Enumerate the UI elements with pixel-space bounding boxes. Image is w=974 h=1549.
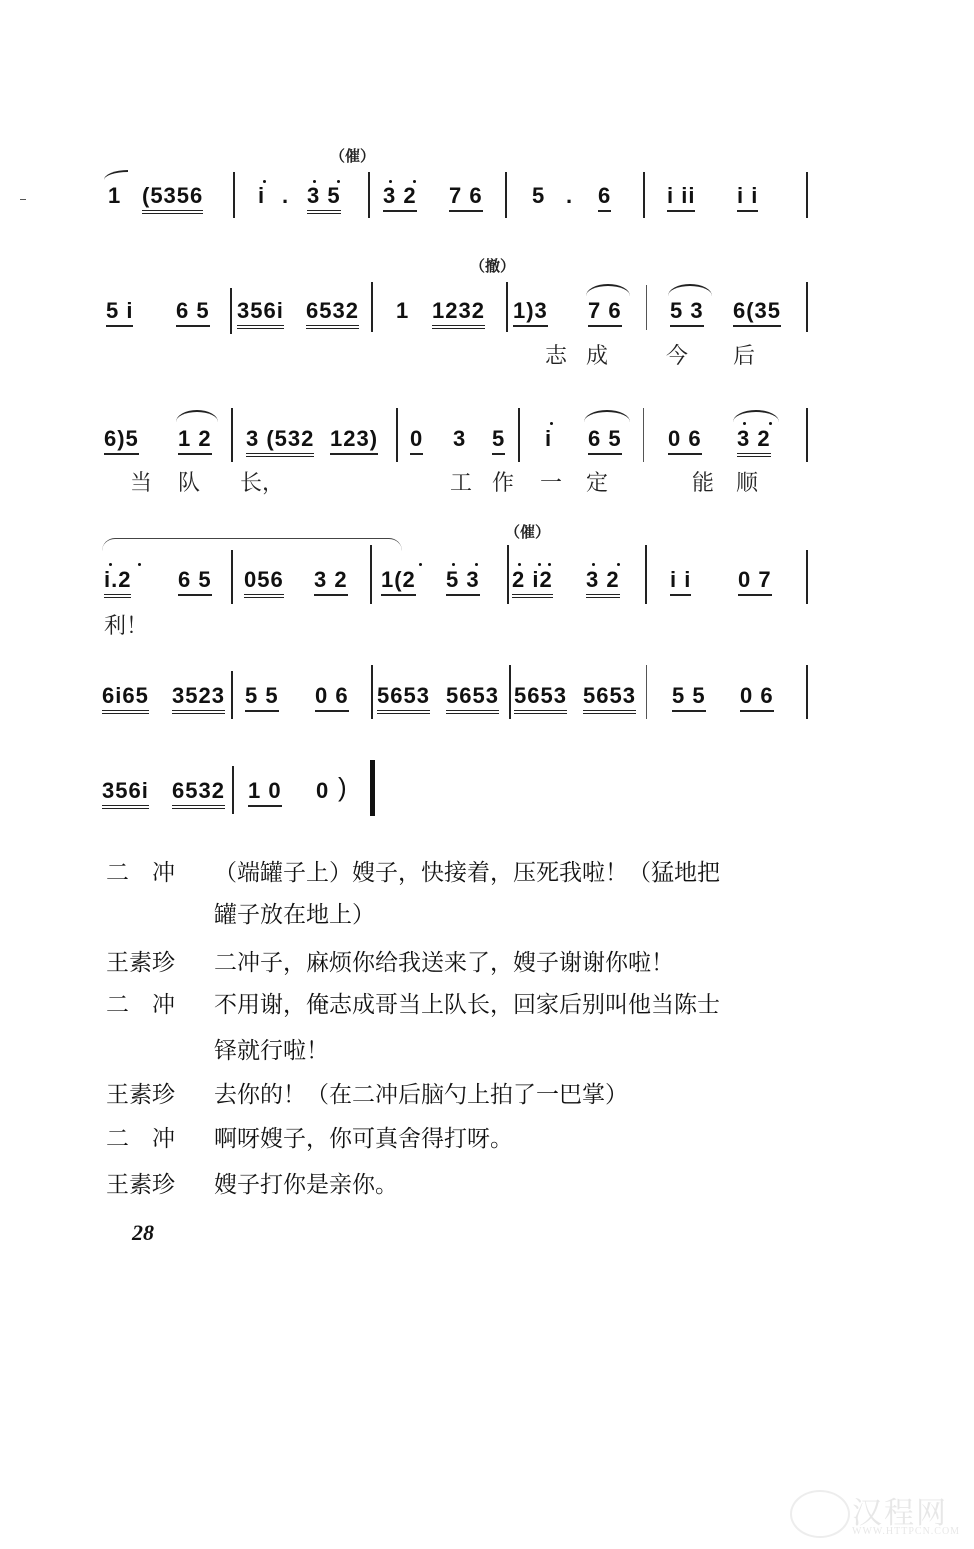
dialogue-text: 二冲子，麻烦你给我送来了，嫂子谢谢你啦！ bbox=[214, 950, 674, 976]
note-group: i i bbox=[737, 183, 758, 212]
note-group: 5653 bbox=[583, 683, 636, 714]
bar-line bbox=[806, 282, 808, 332]
watermark-url: WWW.HTTPCN.COM bbox=[852, 1526, 960, 1537]
bar-line bbox=[806, 172, 808, 218]
note: 5 bbox=[492, 426, 505, 455]
dialogue-continuation: 罐子放在地上） bbox=[214, 900, 375, 930]
dialogue-line: 二 冲不用谢，俺志成哥当上队长，回家后别叫他当陈士 bbox=[106, 990, 720, 1020]
note-group: 0 6 bbox=[668, 426, 702, 455]
note-group: 1 0 bbox=[248, 778, 282, 807]
slur bbox=[584, 410, 630, 422]
lyric: 利！ bbox=[104, 615, 148, 639]
dialogue-text: 去你的！（在二冲后脑勺上拍了一巴掌） bbox=[214, 1082, 628, 1108]
lyric: 后 bbox=[733, 345, 755, 369]
octave-dot bbox=[419, 563, 422, 566]
note-group: 5 i bbox=[106, 298, 133, 327]
note-group: i i bbox=[670, 567, 691, 596]
lyric: 定 bbox=[586, 472, 608, 496]
note-group: 5653 bbox=[377, 683, 430, 714]
octave-dot bbox=[475, 563, 478, 566]
note-group: 6 5 bbox=[178, 567, 212, 596]
speaker: 二 冲 bbox=[106, 858, 214, 888]
octave-dot bbox=[743, 422, 746, 425]
speaker: 王素珍 bbox=[106, 948, 214, 978]
slur bbox=[586, 284, 630, 296]
note-group: 3 (532 bbox=[246, 426, 314, 457]
note-group: 0 7 bbox=[738, 567, 772, 596]
speaker: 王素珍 bbox=[106, 1080, 214, 1110]
note-group: 6i65 bbox=[102, 683, 149, 714]
note-group: 1(2 bbox=[381, 567, 416, 596]
bar-line bbox=[645, 545, 647, 604]
page-number: 28 bbox=[132, 1220, 154, 1246]
note-group: 5653 bbox=[514, 683, 567, 714]
note-group: 5 5 bbox=[245, 683, 279, 712]
octave-dot bbox=[518, 563, 521, 566]
score-line-2: （撤） 5 i 6 5 356i 6532 1 1232 1)3 7 6 5 3… bbox=[0, 250, 974, 380]
bar-line bbox=[643, 408, 644, 462]
bar-line bbox=[646, 285, 647, 330]
note-group: i.2 bbox=[104, 567, 131, 598]
bar-line bbox=[232, 766, 234, 814]
bar-line bbox=[505, 172, 507, 218]
lyric: 长， bbox=[240, 472, 284, 496]
watermark: 汉程网 WWW.HTTPCN.COM bbox=[790, 1488, 970, 1538]
note-group: 6 5 bbox=[176, 298, 210, 327]
note-group: i ii bbox=[667, 183, 695, 212]
annotation-cui: （催） bbox=[505, 521, 550, 542]
octave-dot bbox=[548, 563, 551, 566]
note-group: 3 2 bbox=[737, 426, 771, 457]
score-page: （催） 1 (5356 i . 3 5 3 2 7 6 5 . 6 i ii i… bbox=[0, 0, 974, 1549]
note: 0 bbox=[316, 778, 329, 804]
dialogue-line: 王素珍去你的！（在二冲后脑勺上拍了一巴掌） bbox=[106, 1080, 628, 1110]
score-line-1: （催） 1 (5356 i . 3 5 3 2 7 6 5 . 6 i ii i… bbox=[0, 140, 974, 220]
note-group: 3 2 bbox=[383, 183, 417, 212]
note: 1 bbox=[396, 298, 409, 324]
octave-dot bbox=[452, 563, 455, 566]
bar-line bbox=[806, 408, 808, 462]
dialogue-text: （端罐子上）嫂子，快接着，压死我啦！（猛地把 bbox=[214, 860, 720, 886]
bar-line bbox=[506, 282, 508, 332]
speaker: 王素珍 bbox=[106, 1170, 214, 1200]
bar-line bbox=[233, 172, 235, 218]
octave-dot bbox=[617, 563, 620, 566]
note-group: 0 6 bbox=[315, 683, 349, 712]
note-group: (5356 bbox=[142, 183, 203, 214]
bar-line bbox=[371, 665, 373, 719]
note-group: 5 3 bbox=[446, 567, 480, 596]
note-group: 123) bbox=[330, 426, 378, 455]
bar-line bbox=[231, 550, 233, 604]
note: 0 bbox=[410, 426, 423, 455]
bar-line bbox=[370, 545, 372, 604]
lyric: 能 bbox=[692, 472, 714, 496]
note: i bbox=[258, 183, 265, 209]
octave-dot bbox=[109, 563, 112, 566]
lyric: 当 bbox=[130, 472, 152, 496]
octave-dot bbox=[769, 422, 772, 425]
note-group: 356i bbox=[237, 298, 284, 329]
note-group: 056 bbox=[244, 567, 284, 598]
note-group: 3523 bbox=[172, 683, 225, 714]
octave-dot bbox=[389, 180, 392, 183]
note-group: 6(35 bbox=[733, 298, 781, 327]
note-group: 1232 bbox=[432, 298, 485, 329]
octave-dot bbox=[592, 563, 595, 566]
lyric: 队 bbox=[178, 472, 200, 496]
note-group: 3 5 bbox=[307, 183, 341, 214]
note-group: 5 5 bbox=[672, 683, 706, 712]
dialogue-text: 嫂子打你是亲你。 bbox=[214, 1172, 398, 1198]
note-group: 2 i2 bbox=[512, 567, 553, 598]
note-group: 356i bbox=[102, 778, 149, 809]
bar-line bbox=[646, 665, 647, 719]
note-group: 6532 bbox=[172, 778, 225, 809]
bar-line bbox=[518, 408, 520, 462]
lyric: 作 bbox=[492, 472, 514, 496]
speaker: 二 冲 bbox=[106, 990, 214, 1020]
dialogue-text: 不用谢，俺志成哥当上队长，回家后别叫他当陈士 bbox=[214, 992, 720, 1018]
dot: . bbox=[282, 183, 289, 209]
note: 3 bbox=[453, 426, 466, 452]
note-group: 1)3 bbox=[513, 298, 548, 327]
bar-line bbox=[396, 408, 398, 462]
annotation-cui: （催） bbox=[330, 145, 375, 166]
bar-line bbox=[230, 288, 232, 334]
dot: . bbox=[566, 183, 573, 209]
slur bbox=[733, 410, 779, 422]
lyric: 今 bbox=[666, 345, 688, 369]
final-bar-line bbox=[370, 760, 375, 816]
score-line-5: 6i65 3523 5 5 0 6 5653 5653 5653 5653 5 … bbox=[0, 665, 974, 735]
note: i bbox=[545, 426, 552, 452]
octave-dot bbox=[337, 180, 340, 183]
bar-line bbox=[368, 172, 370, 218]
note-group: 6532 bbox=[306, 298, 359, 329]
tie-arc bbox=[104, 170, 128, 180]
note-group: 7 6 bbox=[588, 298, 622, 327]
note-group: 3 2 bbox=[586, 567, 620, 598]
note-group: 0 6 bbox=[740, 683, 774, 712]
close-paren: ) bbox=[338, 774, 348, 800]
lyric: 志 bbox=[545, 345, 567, 369]
bar-line bbox=[231, 408, 233, 462]
note: 6 bbox=[598, 183, 611, 212]
octave-dot bbox=[313, 180, 316, 183]
dialogue-text: 啊呀嫂子，你可真舍得打呀。 bbox=[214, 1126, 513, 1152]
dialogue-line: 二 冲啊呀嫂子，你可真舍得打呀。 bbox=[106, 1124, 513, 1154]
note-group: 6 5 bbox=[588, 426, 622, 455]
bar-line bbox=[371, 282, 373, 332]
lyric: 顺 bbox=[736, 472, 758, 496]
octave-dot bbox=[138, 563, 141, 566]
bar-line bbox=[231, 671, 233, 719]
lyric: 成 bbox=[586, 345, 608, 369]
phrase-slur bbox=[102, 538, 402, 551]
score-line-6: 356i 6532 1 0 0 ) bbox=[0, 760, 974, 820]
score-line-4: （催） i.2 6 5 056 3 2 1(2 5 3 2 i2 3 2 i i… bbox=[0, 515, 974, 645]
slur bbox=[176, 410, 218, 422]
score-line-3: 6)5 1 2 3 (532 123) 0 3 5 i 6 5 0 6 3 2 … bbox=[0, 400, 974, 510]
annotation-che: （撤） bbox=[470, 255, 515, 276]
octave-dot bbox=[550, 422, 553, 425]
octave-dot bbox=[538, 563, 541, 566]
lyric: 工 bbox=[450, 472, 472, 496]
dialogue-continuation: 铎就行啦！ bbox=[214, 1036, 329, 1066]
note-group: 1 2 bbox=[178, 426, 212, 455]
octave-dot bbox=[263, 180, 266, 183]
bar-line bbox=[806, 665, 808, 719]
bar-line bbox=[509, 665, 511, 719]
note-group: 6)5 bbox=[104, 426, 139, 455]
dialogue-line: 王素珍嫂子打你是亲你。 bbox=[106, 1170, 398, 1200]
note-group: 5 3 bbox=[670, 298, 704, 327]
note: 5 bbox=[532, 183, 545, 209]
speaker: 二 冲 bbox=[106, 1124, 214, 1154]
bar-line bbox=[643, 172, 645, 218]
bar-line bbox=[507, 545, 509, 604]
dialogue-line: 王素珍二冲子，麻烦你给我送来了，嫂子谢谢你啦！ bbox=[106, 948, 674, 978]
slur bbox=[668, 284, 712, 296]
dialogue-line: 二 冲（端罐子上）嫂子，快接着，压死我啦！（猛地把 bbox=[106, 858, 720, 888]
note: 1 bbox=[108, 183, 121, 209]
note-group: 3 2 bbox=[314, 567, 348, 596]
octave-dot bbox=[413, 180, 416, 183]
watermark-logo-icon bbox=[790, 1490, 850, 1538]
lyric: 一 bbox=[540, 472, 562, 496]
note-group: 7 6 bbox=[449, 183, 483, 212]
note-group: 5653 bbox=[446, 683, 499, 714]
bar-line bbox=[806, 550, 808, 604]
